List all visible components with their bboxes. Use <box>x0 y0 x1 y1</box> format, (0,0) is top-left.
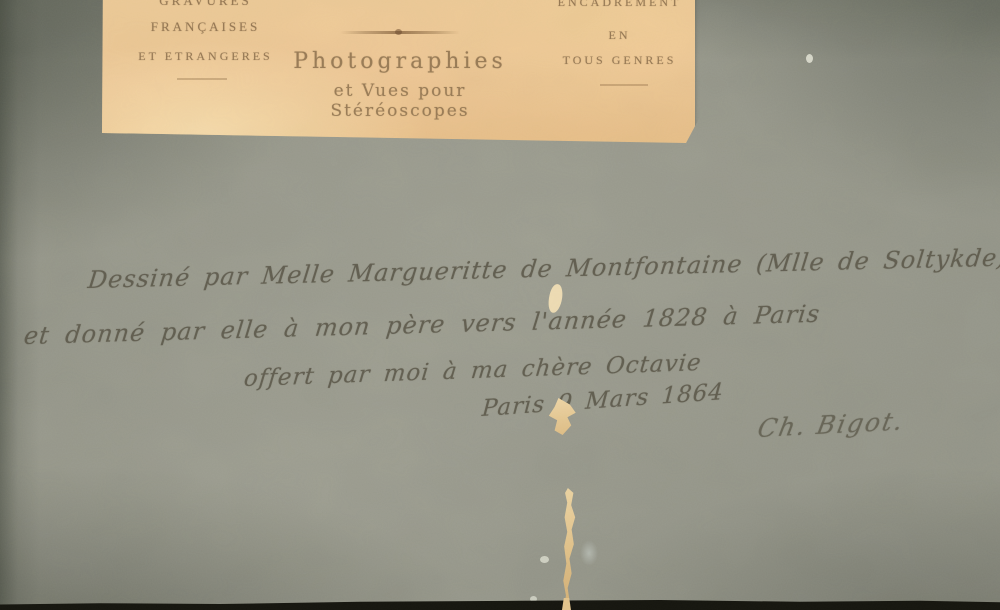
paper-fleck <box>540 556 549 563</box>
photographer-label: GRAVURES FRANÇAISES ET ETRANGERES Paris.… <box>95 0 695 155</box>
label-dash-right <box>600 84 648 86</box>
label-right-line1: ENCADREMENT <box>547 0 692 10</box>
label-left-line2: FRANÇAISES <box>123 19 288 35</box>
label-center-line2: et Vues pour Stéréoscopes <box>275 81 525 121</box>
label-right-line2: EN <box>547 28 692 43</box>
photo-back-of-mounted-artwork: GRAVURES FRANÇAISES ET ETRANGERES Paris.… <box>0 0 1000 610</box>
handwriting-signature: Ch. Bigot. <box>755 406 907 443</box>
label-left-line3: ET ETRANGERES <box>123 49 288 64</box>
label-right-line3: TOUS GENRES <box>547 53 692 68</box>
tear-mark-tail <box>562 598 571 610</box>
paper-fleck <box>806 54 813 63</box>
label-script-title: Paris. <box>270 0 530 5</box>
handwriting-line1: Dessiné par Melle Margueritte de Montfon… <box>86 243 1000 294</box>
label-dash-left <box>177 78 227 80</box>
handwriting-line2: et donné par elle à mon père vers l'anné… <box>22 300 821 350</box>
vertical-tear-mark <box>558 488 580 610</box>
board-bottom-edge <box>0 600 1000 610</box>
label-left-line-cut: GRAVURES <box>123 0 288 9</box>
ornament-dot <box>395 29 402 35</box>
handwriting-date-line: Paris 9 Mars 1864 <box>481 379 725 422</box>
label-center-line1: Photographies <box>275 49 525 74</box>
light-smudge <box>580 540 598 566</box>
